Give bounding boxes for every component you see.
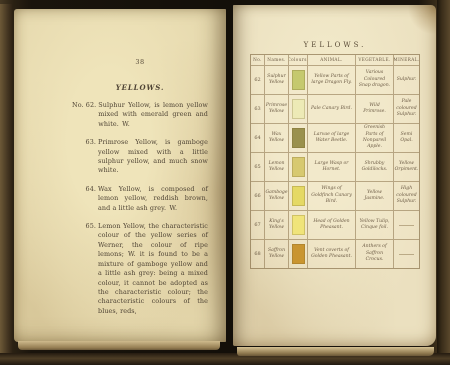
- color-name-cell: King's Yellow: [264, 211, 288, 239]
- vegetable-example-cell: Wild Primrose.: [355, 95, 393, 123]
- table-header-row: No.Names.Colours.ANIMAL.VEGETABLE.MINERA…: [251, 55, 419, 65]
- paragraph-text: Wax Yellow, is composed of lemon yellow,…: [98, 185, 208, 213]
- row-number-cell: 62: [251, 66, 264, 94]
- vegetable-example-cell: Anthers of Saffron Crocus.: [355, 240, 393, 268]
- table-header-cell: VEGETABLE.: [355, 55, 393, 65]
- color-name-cell: Sulphur Yellow: [264, 66, 288, 94]
- table-header-cell: MINERAL.: [393, 55, 419, 65]
- row-number-cell: 66: [251, 182, 264, 210]
- color-name-cell: Primrose Yellow: [264, 95, 288, 123]
- vegetable-example-cell: Yellow Tulip, Cinque foil.: [355, 211, 393, 239]
- color-name-cell: Gamboge Yellow: [264, 182, 288, 210]
- row-number-cell: 64: [251, 124, 264, 152]
- table-row: 67King's YellowHead of Golden Pheasant.Y…: [251, 210, 419, 239]
- mineral-example-cell: Yellow Orpiment.: [393, 153, 419, 181]
- color-swatch-cell: [288, 153, 307, 181]
- paragraph: 64. Wax Yellow, is composed of lemon yel…: [72, 185, 208, 213]
- mineral-example-cell: High coloured Sulphur.: [393, 182, 419, 210]
- color-swatch-cell: [288, 211, 307, 239]
- mineral-example-cell: Pale coloured Sulphur.: [393, 95, 419, 123]
- table-header-cell: ANIMAL.: [307, 55, 355, 65]
- color-swatch: [292, 244, 305, 264]
- paragraph: 65. Lemon Yellow, the characteristic col…: [72, 222, 208, 316]
- color-swatch: [292, 70, 305, 90]
- table-row: 68Saffron YellowVent coverts of Golden P…: [251, 239, 419, 268]
- mineral-example-cell: [393, 240, 419, 268]
- paragraph-number: 64.: [72, 185, 96, 213]
- section-heading: YELLOWS.: [72, 83, 208, 92]
- color-swatch: [292, 128, 305, 148]
- paragraph-text: Primrose Yellow, is gamboge yellow mixed…: [98, 138, 208, 176]
- animal-example-cell: Wings of Goldfinch Canary Bird.: [307, 182, 355, 210]
- book-cover-right-edge: [437, 0, 450, 365]
- row-number-cell: 68: [251, 240, 264, 268]
- color-swatch: [292, 157, 305, 177]
- animal-example-cell: Large Wasp or Hornet.: [307, 153, 355, 181]
- page-number: 38: [72, 58, 208, 66]
- paragraph-number: 65.: [72, 222, 96, 316]
- color-name-cell: Wax Yellow: [264, 124, 288, 152]
- paragraph-number: 63.: [72, 138, 96, 176]
- book-cover-left-edge: [0, 4, 13, 360]
- mineral-example-cell: Sulphur.: [393, 66, 419, 94]
- table-row: 64Wax YellowLarvae of large Water Beetle…: [251, 123, 419, 152]
- paragraph-number: No. 62.: [72, 101, 96, 129]
- table-row: 62Sulphur YellowYellow Parts of large Dr…: [251, 65, 419, 94]
- color-swatch-cell: [288, 66, 307, 94]
- color-swatch: [292, 99, 305, 119]
- table-header-cell: Names.: [264, 55, 288, 65]
- animal-example-cell: Yellow Parts of large Dragon Fly.: [307, 66, 355, 94]
- animal-example-cell: Vent coverts of Golden Pheasant.: [307, 240, 355, 268]
- vegetable-example-cell: Greenish Parts of Nonpareil Apple.: [355, 124, 393, 152]
- row-number-cell: 67: [251, 211, 264, 239]
- row-number-cell: 65: [251, 153, 264, 181]
- color-swatch-cell: [288, 124, 307, 152]
- color-swatch: [292, 215, 305, 235]
- right-page-content: YELLOWS. No.Names.Colours.ANIMAL.VEGETAB…: [250, 41, 420, 269]
- color-swatch-cell: [288, 240, 307, 268]
- vegetable-example-cell: Various Coloured Snap dragon.: [355, 66, 393, 94]
- left-page-content: 38 YELLOWS. No. 62. Sulphur Yellow, is l…: [72, 58, 208, 316]
- table-title: YELLOWS.: [250, 41, 420, 49]
- color-swatch: [292, 186, 305, 206]
- color-name-cell: Saffron Yellow: [264, 240, 288, 268]
- color-name-cell: Lemon Yellow: [264, 153, 288, 181]
- right-page-sheet-edges: [237, 347, 434, 356]
- mineral-example-cell: [393, 211, 419, 239]
- table-row: 66Gamboge YellowWings of Goldfinch Canar…: [251, 181, 419, 210]
- vegetable-example-cell: Yellow Jasmine.: [355, 182, 393, 210]
- color-table: No.Names.Colours.ANIMAL.VEGETABLE.MINERA…: [250, 54, 420, 269]
- color-swatch-cell: [288, 182, 307, 210]
- color-swatch-cell: [288, 95, 307, 123]
- paragraph-text: Lemon Yellow, the characteristic colour …: [98, 222, 208, 316]
- paragraph: 63. Primrose Yellow, is gamboge yellow m…: [72, 138, 208, 176]
- animal-example-cell: Larvae of large Water Beetle.: [307, 124, 355, 152]
- mineral-example-cell: Semi Opal.: [393, 124, 419, 152]
- row-number-cell: 63: [251, 95, 264, 123]
- paragraph-text: Sulphur Yellow, is lemon yellow mixed wi…: [98, 101, 208, 129]
- table-row: 63Primrose YellowPale Canary Bird.Wild P…: [251, 94, 419, 123]
- left-page-sheet-edges: [18, 341, 220, 350]
- vegetable-example-cell: Shrubby Goldilocks.: [355, 153, 393, 181]
- table-header-cell: Colours.: [288, 55, 307, 65]
- paragraph: No. 62. Sulphur Yellow, is lemon yellow …: [72, 101, 208, 129]
- book-scan: 38 YELLOWS. No. 62. Sulphur Yellow, is l…: [0, 0, 450, 365]
- animal-example-cell: Pale Canary Bird.: [307, 95, 355, 123]
- animal-example-cell: Head of Golden Pheasant.: [307, 211, 355, 239]
- table-header-cell: No.: [251, 55, 264, 65]
- table-row: 65Lemon YellowLarge Wasp or Hornet.Shrub…: [251, 152, 419, 181]
